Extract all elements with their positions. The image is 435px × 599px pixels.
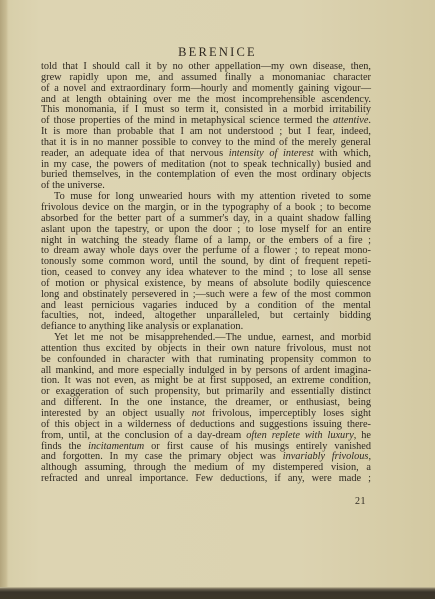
text-line: aslant upon the tapestry, or upon the do… bbox=[41, 225, 371, 236]
page-bottom-edge bbox=[0, 587, 435, 599]
book-page: BERENICE told that I should call it by n… bbox=[0, 0, 435, 599]
body-text: told that I should call it by no other a… bbox=[41, 62, 371, 485]
page-gutter-shadow bbox=[0, 0, 8, 599]
italic-phrase: invariably frivolous bbox=[283, 451, 369, 462]
italic-phrase: not bbox=[192, 408, 205, 419]
italic-phrase: incitamentum bbox=[88, 441, 144, 452]
italic-phrase: intensity of interest bbox=[229, 148, 314, 159]
italic-phrase: often replete with luxury bbox=[246, 430, 354, 441]
text-line: long and obstinately persevered in ;—suc… bbox=[41, 290, 371, 301]
text-line: be confounded in character with that rum… bbox=[41, 355, 371, 366]
italic-phrase: attentive bbox=[333, 115, 368, 126]
text-line: refracted and unreal importance. Few ded… bbox=[41, 474, 371, 485]
page-number: 21 bbox=[355, 496, 366, 507]
text-line: of a novel and extraordinary form—hourly… bbox=[41, 84, 371, 95]
text-line: reader, an adequate idea of that nervous… bbox=[41, 149, 371, 160]
running-head: BERENICE bbox=[0, 45, 435, 60]
